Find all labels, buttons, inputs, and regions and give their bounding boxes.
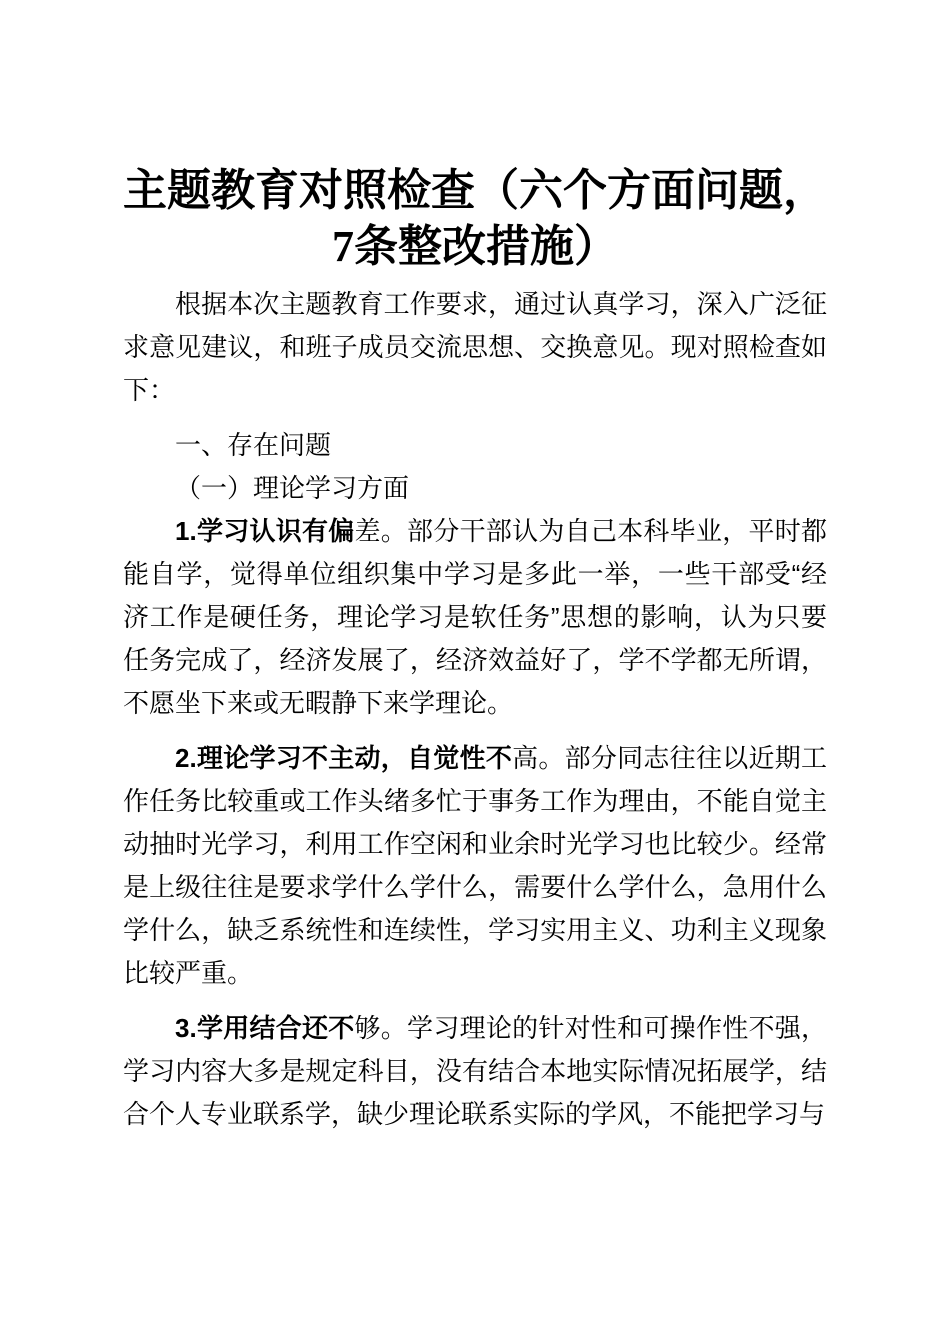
document-title: 主题教育对照检查（六个方面问题，7条整改措施） — [123, 163, 827, 275]
issue-2-bold-lead: 2.理论学习不主动，自觉性不 — [175, 743, 512, 773]
issue-3-bold-lead: 3.学用结合还不 — [175, 1013, 355, 1043]
issue-1-body-text: 差。部分干部认为自己本科毕业，平时都能自学，觉得单位组织集中学习是多此一举，一些… — [123, 516, 827, 718]
intro-paragraph: 根据本次主题教育工作要求，通过认真学习，深入广泛征求意见建议，和班子成员交流思想… — [123, 283, 827, 412]
issue-1-bold-lead: 1.学习认识有偏 — [175, 516, 355, 546]
issue-2-body-text: 高。部分同志往往以近期工作任务比较重或工作头绪多忙于事务工作为理由，不能自觉主动… — [123, 743, 827, 988]
section-heading-existing-problems: 一、存在问题 — [123, 424, 827, 467]
document-page: 主题教育对照检查（六个方面问题，7条整改措施） 根据本次主题教育工作要求，通过认… — [0, 0, 950, 1344]
subsection-heading-theory-study: （一）理论学习方面 — [123, 467, 827, 510]
issue-paragraph-3: 3.学用结合还不够。学习理论的针对性和可操作性不强，学习内容大多是规定科目，没有… — [123, 1007, 827, 1136]
issue-paragraph-2: 2.理论学习不主动，自觉性不高。部分同志往往以近期工作任务比较重或工作头绪多忙于… — [123, 737, 827, 995]
issue-paragraph-1: 1.学习认识有偏差。部分干部认为自己本科毕业，平时都能自学，觉得单位组织集中学习… — [123, 510, 827, 725]
